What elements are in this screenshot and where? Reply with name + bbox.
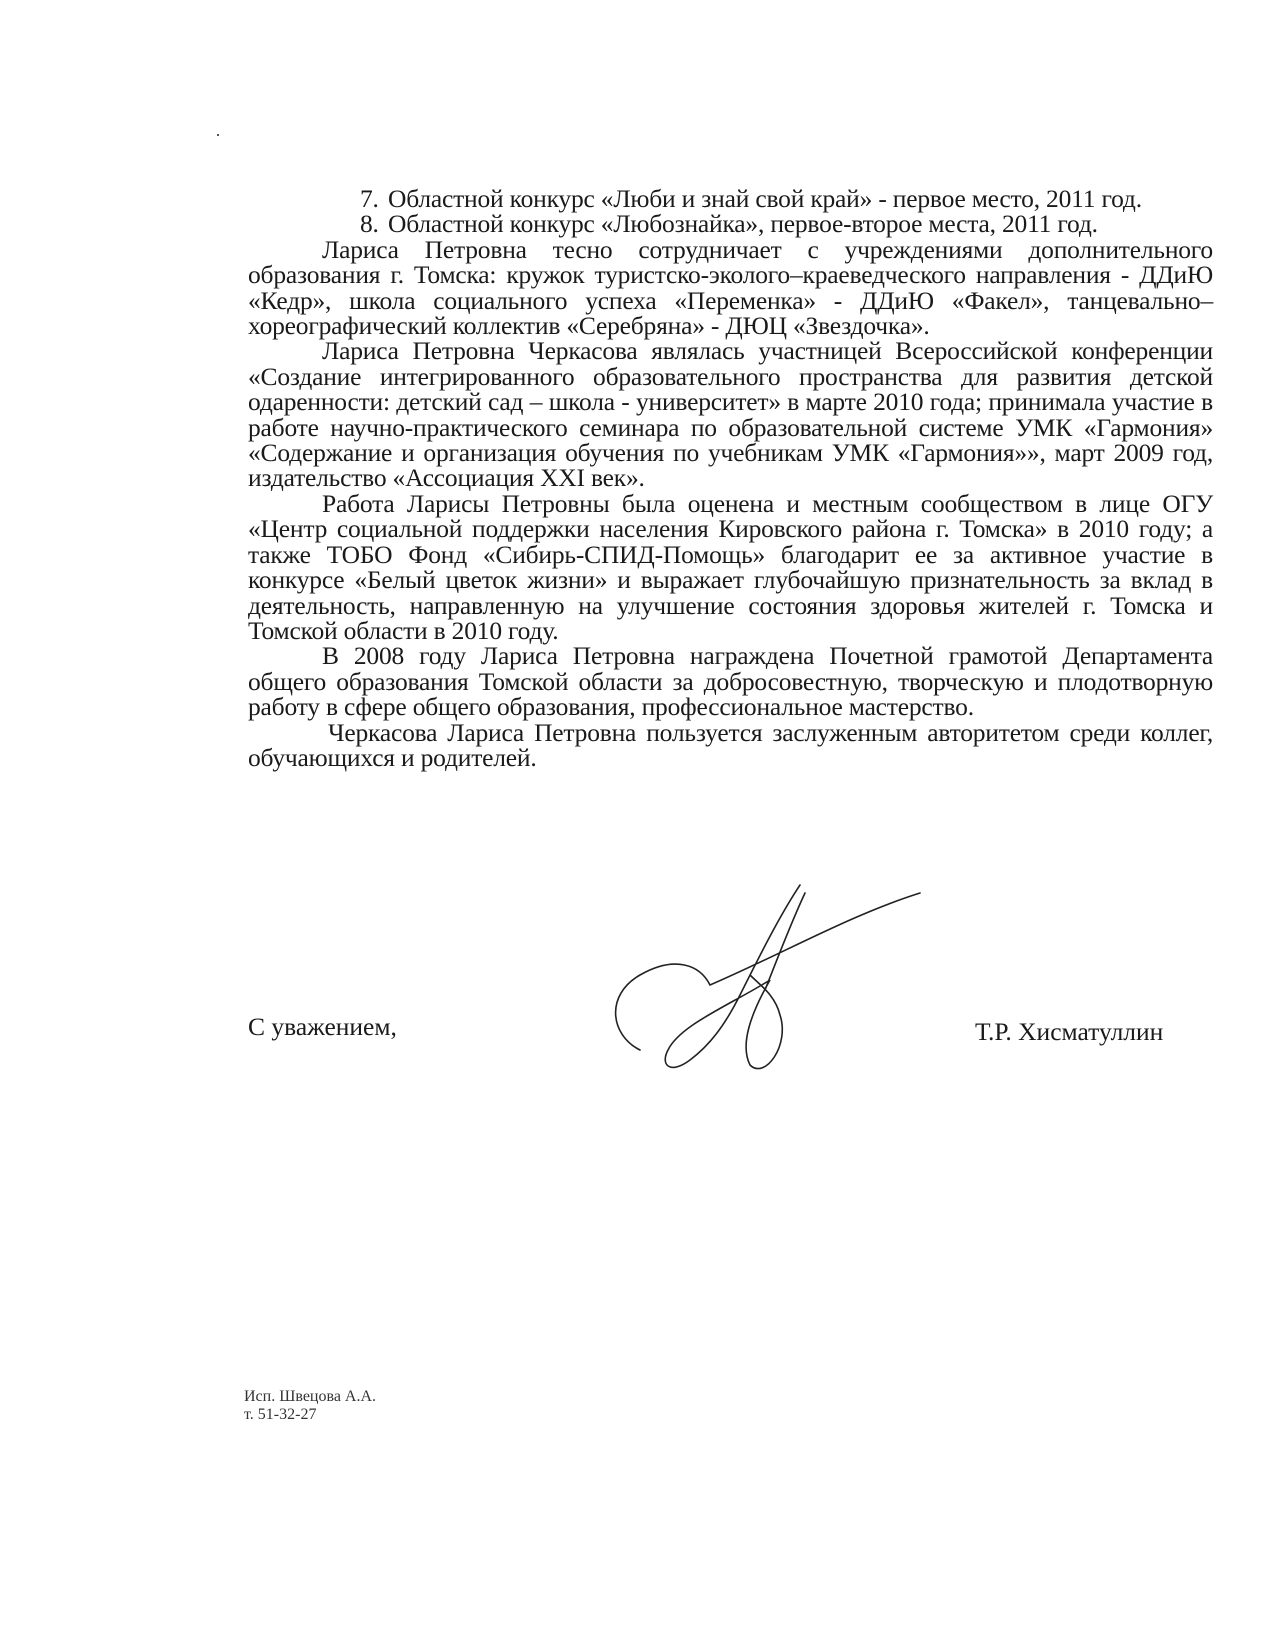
footer-executor: Исп. Швецова А.А. т. 51-32-27 — [244, 1388, 376, 1424]
executor-name: Исп. Швецова А.А. — [244, 1388, 376, 1406]
paragraph-conference: Лариса Петровна Черкасова являлась участ… — [248, 338, 1213, 490]
document-page: 7.Областной конкурс «Люби и знай свой кр… — [0, 0, 1275, 1650]
list-item: 8.Областной конкурс «Любознайка», первое… — [248, 211, 1213, 236]
paragraph-recognition: Работа Ларисы Петровны была оценена и ме… — [248, 491, 1213, 643]
executor-phone: т. 51-32-27 — [244, 1406, 376, 1424]
list-item: 7.Областной конкурс «Люби и знай свой кр… — [248, 186, 1213, 211]
letter-body: 7.Областной конкурс «Люби и знай свой кр… — [248, 186, 1213, 770]
paragraph-award: В 2008 году Лариса Петровна награждена П… — [248, 643, 1213, 719]
paragraph-authority: Черкасова Лариса Петровна пользуется зас… — [248, 720, 1213, 771]
scan-speck — [217, 134, 219, 136]
signer-name: Т.Р. Хисматуллин — [975, 1017, 1163, 1047]
paragraph-cooperation: Лариса Петровна тесно сотрудничает с учр… — [248, 237, 1213, 339]
list-number: 8. — [360, 211, 388, 236]
list-number: 7. — [360, 186, 388, 211]
signature-image — [590, 875, 930, 1075]
closing-salutation: С уважением, — [248, 1012, 397, 1042]
